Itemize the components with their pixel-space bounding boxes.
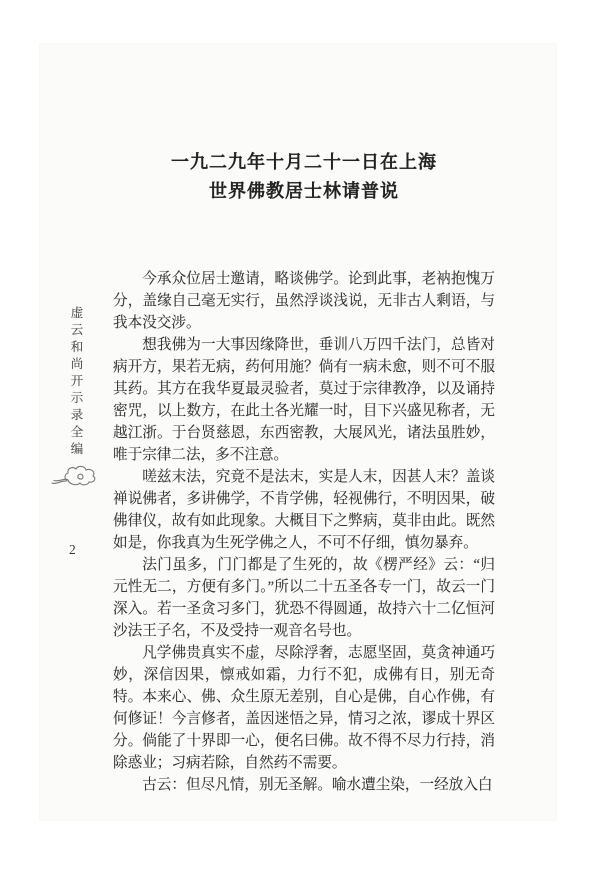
chapter-title-line1: 一九二九年十月二十一日在上海 <box>171 152 437 172</box>
chapter-title-line2: 世界佛教居士林请普说 <box>209 181 399 201</box>
paragraph-1: 今承众位居士邀请，略谈佛学。论到此事，老衲抱愧万分，盖缘自己毫无实行，虽然浮谈浅… <box>113 268 495 334</box>
scanned-book-page-background: 虚云和尚开示录全编 2 一九二九年十月二十一日在上海 世界佛教居士林请普说 今承… <box>0 0 600 869</box>
paragraph-6: 古云：但尽凡情，别无圣解。喻水遭尘染，一经放入白 <box>113 774 495 796</box>
text-column: 一九二九年十月二十一日在上海 世界佛教居士林请普说 今承众位居士邀请，略谈佛学。… <box>113 44 495 820</box>
body-text: 今承众位居士邀请，略谈佛学。论到此事，老衲抱愧万分，盖缘自己毫无实行，虽然浮谈浅… <box>113 268 495 796</box>
book-series-title-vertical: 虚云和尚开示录全编 <box>67 306 85 459</box>
chapter-title: 一九二九年十月二十一日在上海 世界佛教居士林请普说 <box>113 148 495 206</box>
page-number: 2 <box>69 542 76 558</box>
paragraph-3: 嗟兹末法，究竟不是法末，实是人末，因甚人末？盖谈禅说佛者，多讲佛学，不肯学佛，轻… <box>113 466 495 554</box>
paragraph-5: 凡学佛贵真实不虚，尽除浮奢，志愿坚固，莫贪神通巧妙，深信因果，懔戒如霜，力行不犯… <box>113 642 495 774</box>
paragraph-4: 法门虽多，门门都是了生死的，故《楞严经》云：“归元性无二，方便有多门。”所以二十… <box>113 554 495 642</box>
cloud-ornament-icon <box>51 461 99 489</box>
book-page: 虚云和尚开示录全编 2 一九二九年十月二十一日在上海 世界佛教居士林请普说 今承… <box>40 44 556 820</box>
left-margin-column: 虚云和尚开示录全编 2 <box>40 44 100 820</box>
paragraph-2: 想我佛为一大事因缘降世，垂训八万四千法门，总皆对病开方，果若无病，药何用施？倘有… <box>113 334 495 466</box>
